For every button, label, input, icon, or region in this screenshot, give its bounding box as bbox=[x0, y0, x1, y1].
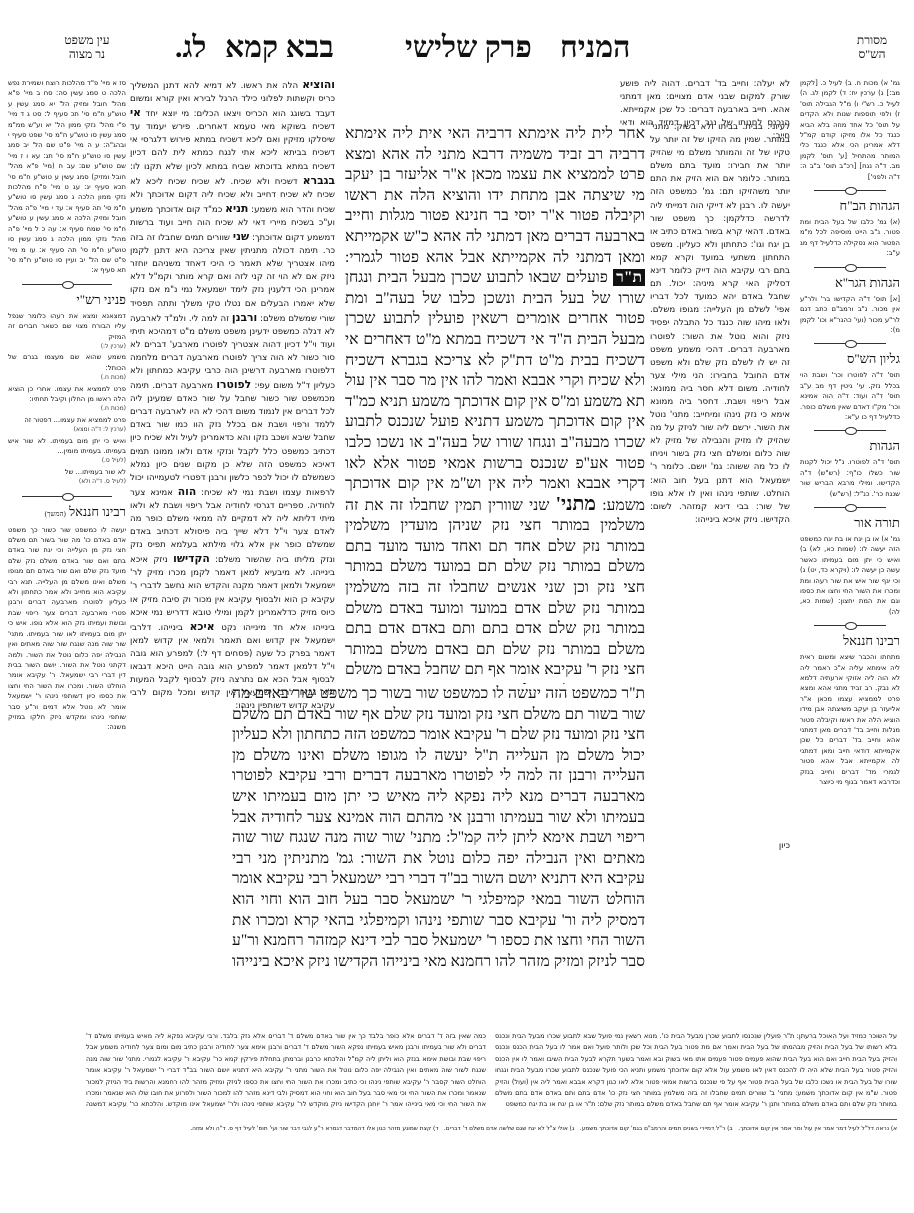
footnote: ג) אולי צ"ל לא יגח שגם שלשה אדם משלם ד' … bbox=[444, 1126, 574, 1132]
entry-text: דמצאנא ומצא את רעהו כלומר שנפל עליו הבור… bbox=[8, 312, 126, 341]
entry-text: משמע שהוא שם מעצמו בגרם של הכותל: bbox=[8, 353, 126, 371]
tractate-name: בבא קמא bbox=[225, 30, 334, 66]
tosafot-comment: מארבעה דברים. תימה מכמשפט שור כשור שחבל … bbox=[130, 381, 335, 498]
footer-right-column: על השוכר כמזיד ועל האוכל ברעתן: ת"ר פועל… bbox=[495, 1031, 897, 1113]
ein-mishpat-heading: עין משפט נר מצוה bbox=[52, 33, 122, 61]
chapter-name: המניח bbox=[560, 30, 630, 66]
ornament-divider bbox=[814, 621, 886, 629]
footnote-separator bbox=[840, 1119, 897, 1120]
tosafot-comment: אמינא צער לחודיה. ספריים דגרסי לחודיה אב… bbox=[130, 488, 335, 565]
mishna-marker: מתני' bbox=[556, 494, 596, 515]
ornament-divider bbox=[814, 503, 886, 511]
footnotes: א) נראה דל"ל לעיל דמר אמר אין עול ומר אמ… bbox=[86, 1124, 897, 1154]
masoret-hashas-heading: מסורת הש"ס bbox=[842, 33, 902, 61]
gemara-passage-2: פועלים שבאו לתבוע שכרן מבעל הבית ונגחן ש… bbox=[345, 269, 645, 514]
page-header: מסורת הש"ס המניח פרק שלישי בבא קמא לג. ע… bbox=[0, 28, 914, 68]
ornament-divider bbox=[814, 426, 886, 434]
dibur-hamatchil: הקדישו bbox=[173, 552, 210, 565]
tosafot-comment: ניזק איכא בינייהו. לא מיבעיא למאן דאמר ל… bbox=[130, 555, 335, 632]
entry-source: (לעיל ס. ד"ה ולא) bbox=[8, 477, 126, 487]
rashi-column: לעיוני: בבית. בביתו ולא בשוק: מתני' במות… bbox=[650, 121, 790, 851]
chapter-number: פרק שלישי bbox=[405, 30, 532, 66]
rabbenu-chananel-title: רבינו חננאל (המשך) bbox=[8, 504, 126, 522]
entry-source: (לעיל ס.) bbox=[8, 456, 126, 466]
tosafot-comment: דשכיח בשוקא מאי טעמא דאחרים. פירש יעמוד … bbox=[130, 122, 335, 171]
ein-mishpat-label-1: עין משפט bbox=[52, 33, 122, 47]
gemara-text: אחר לית ליה אימתא דרביה האי אית ליה אימת… bbox=[345, 124, 645, 684]
rashi-body-text: לעיוני: בבית. בביתו ולא בשוק: מתני' במות… bbox=[650, 121, 790, 527]
dibur-hamatchil: תניא bbox=[225, 202, 248, 215]
dibur-hamatchil: איכא bbox=[190, 620, 215, 633]
masoret-label-2: הש"ס bbox=[842, 47, 902, 61]
entry-source: (מכות ח.) bbox=[8, 404, 126, 414]
gemara-main-block: אחר לית ליה אימתא דרביה האי אית ליה אימת… bbox=[345, 124, 645, 684]
section-text: תוס' ד"ה לפוטרו. נ"ל יכול לקנות שור כשלו… bbox=[800, 457, 900, 499]
ein-mishpat-text: סז א מיי' פ"ד מהלכות רוצח ושמירת נפש הלכ… bbox=[8, 78, 126, 276]
tosafot-column: והוציא הלה את ראשו. לא דמיא להא דתנן המש… bbox=[130, 78, 335, 978]
tosafot-opening-word: והוציא bbox=[302, 78, 335, 91]
penei-rashi-entry: משמע שהוא שם מעצמו בגרם של הכותל:(מכות ח… bbox=[8, 352, 126, 383]
footnote: ד) קצת שמונע מזהר כגון אלו דהמדבר דגמרא … bbox=[190, 1126, 438, 1132]
entry-text: לא שור בעמיתו... של bbox=[65, 468, 126, 476]
section-title: הגהות הב"ח bbox=[800, 198, 900, 214]
folio-number: לג. bbox=[175, 30, 206, 66]
section-title: הגהות הגר"א bbox=[800, 275, 900, 291]
section-text: תוס' ד"ה לפוטרו וכר' ושבת הוי בכלל נזק. … bbox=[800, 370, 900, 422]
footer-left-column: כמה שאין בזה ד' דברים אלא כופר בלבד כך א… bbox=[86, 1031, 486, 1113]
penei-rashi-title: פניני רש"י bbox=[8, 292, 126, 308]
section-title: רבינו חננאל bbox=[800, 633, 900, 649]
dibur-hamatchil: שני bbox=[233, 230, 249, 243]
ornament-divider bbox=[814, 263, 886, 271]
dibur-hamatchil: לפוטרו bbox=[216, 378, 251, 391]
tosafot-text: והוציא הלה את ראשו. לא דמיא להא דתנן המש… bbox=[130, 78, 335, 713]
footnote: א) נראה דל"ל לעיל דמר אמר אין עול ומר אמ… bbox=[738, 1126, 897, 1132]
dibur-hamatchil: בגברא bbox=[303, 174, 335, 187]
ornament-divider bbox=[22, 492, 112, 500]
left-margin: סז א מיי' פ"ד מהלכות רוצח ושמירת נפש הלכ… bbox=[8, 78, 126, 1038]
rashi-header-lines bbox=[470, 78, 790, 118]
footer-text: כמה שאין בזה ד' דברים אלא כופר בלבד כך א… bbox=[86, 1031, 486, 1113]
masoret-hashas-text: גמ' א) מכות ח. ב) לעיל כ. [לקמן מב:] ג) … bbox=[800, 78, 900, 182]
footnote: ב) ר"ל דמיירי בשנים תמים והרמב"ם בגמ' קו… bbox=[580, 1126, 733, 1132]
mishna-passage: שני שוורין תמין שחבלו זה את זה משלמין במ… bbox=[345, 497, 645, 684]
penei-rashi-entry: פרט לממציא את עצמו... דפטור זה(ערכין ל: … bbox=[8, 415, 126, 436]
section-title: תורה אור bbox=[800, 515, 900, 531]
section-text: מתחתו והכבר שיצא ומשום ראית ליה אימתא על… bbox=[800, 652, 900, 787]
entry-text: ואיש כי יתן מום בעמיתו. לא שור איש בעמית… bbox=[8, 437, 126, 455]
section-text: (א) גמ' כלבו של בעל הבית ומת פטור. נ"ב ה… bbox=[800, 217, 900, 259]
right-margin: גמ' א) מכות ח. ב) לעיל כ. [לקמן מב:] ג) … bbox=[800, 78, 900, 1078]
section-title: גליון הש"ס bbox=[800, 351, 900, 367]
rabbenu-chananel-text: יעשה לו כמשפט שור כשור כך משפט אדם באדם … bbox=[8, 525, 126, 733]
title-text: רבינו חננאל bbox=[69, 504, 126, 519]
dibur-hamatchil: הוה bbox=[178, 485, 196, 498]
title-subtitle: (המשך) bbox=[45, 510, 66, 518]
footer-text: על השוכר כמזיד ועל האוכל ברעתן: ת"ר פועל… bbox=[495, 1031, 897, 1111]
dibur-hamatchil: ורבנן bbox=[232, 311, 257, 324]
rashi-end: כיון bbox=[650, 840, 790, 860]
section-text: [א] תוס' ד"ה הקדישו בר' ולר"ע אין מכור. … bbox=[800, 294, 900, 336]
ornament-divider bbox=[814, 339, 886, 347]
penei-rashi-entry: דמצאנא ומצא את רעהו כלומר שנפל עליו הבור… bbox=[8, 311, 126, 353]
rashi-catchword: כיון bbox=[779, 841, 790, 851]
dibur-hamatchil: אי bbox=[130, 106, 141, 119]
section-title: הגהות bbox=[800, 438, 900, 454]
entry-source: (ערכין ל:) bbox=[8, 342, 126, 352]
section-text: גמ' א) או בן יגח או בת יגח כמשפט הזה יעש… bbox=[800, 534, 900, 617]
penei-rashi-entry: לא שור בעמיתו... של(לעיל ס. ד"ה ולא) bbox=[8, 467, 126, 488]
ornament-divider bbox=[814, 186, 886, 194]
ein-mishpat-label-2: נר מצוה bbox=[52, 47, 122, 61]
masoret-label-1: מסורת bbox=[842, 33, 902, 47]
ornament-divider bbox=[22, 280, 112, 288]
tosafot-comment: בינייהו. דלרבי ישמעאל אין קדוש ואם תאמר … bbox=[130, 623, 335, 712]
gemara-passage-1: אחר לית ליה אימתא דרביה האי אית ליה אימת… bbox=[345, 125, 645, 266]
entry-text: פרט לממציא את עצמו... דפטור זה bbox=[24, 416, 126, 424]
penei-rashi-entry: פרט לממציא את עצמו. אחרי כן הוציא הלה רא… bbox=[8, 384, 126, 415]
penei-rashi-entry: ואיש כי יתן מום בעמיתו. לא שור איש בעמית… bbox=[8, 436, 126, 467]
tanu-rabanan-marker: ת"ר bbox=[613, 269, 645, 286]
entry-source: (ערכין ל: ד"ה ומצא) bbox=[8, 425, 126, 435]
entry-text: פרט לממציא את עצמו. אחרי כן הוציא הלה רא… bbox=[8, 385, 126, 403]
entry-source: (מכות ח.) bbox=[8, 373, 126, 383]
